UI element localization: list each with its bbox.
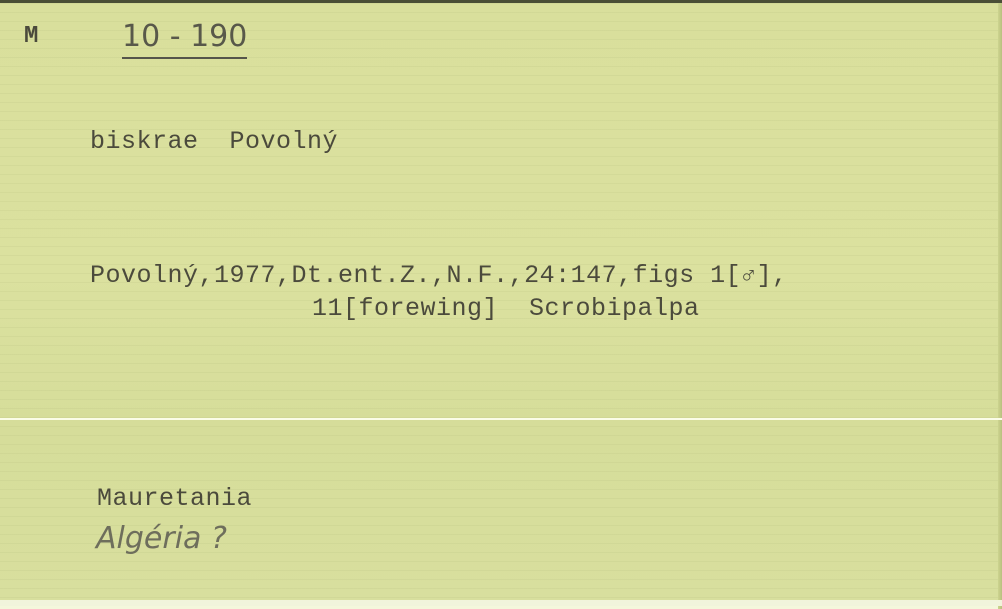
locality-handwritten: Algéria ?: [96, 521, 227, 556]
call-number: 10 - 190: [122, 19, 247, 59]
reference-line-1: Povolný,1977,Dt.ent.Z.,N.F.,24:147,figs …: [90, 261, 788, 290]
call-prefix: M: [24, 23, 39, 50]
reference-line-2: 11[forewing] Scrobipalpa: [312, 294, 700, 323]
scan-artifact-line: [0, 418, 1002, 420]
index-card: M 10 - 190 biskrae Povolný Povolný,1977,…: [0, 0, 1002, 606]
card-right-edge: [998, 3, 1002, 606]
locality-typed: Mauretania: [97, 484, 252, 513]
taxon-name: biskrae Povolný: [90, 127, 338, 156]
card-bottom-edge: [0, 600, 1002, 606]
